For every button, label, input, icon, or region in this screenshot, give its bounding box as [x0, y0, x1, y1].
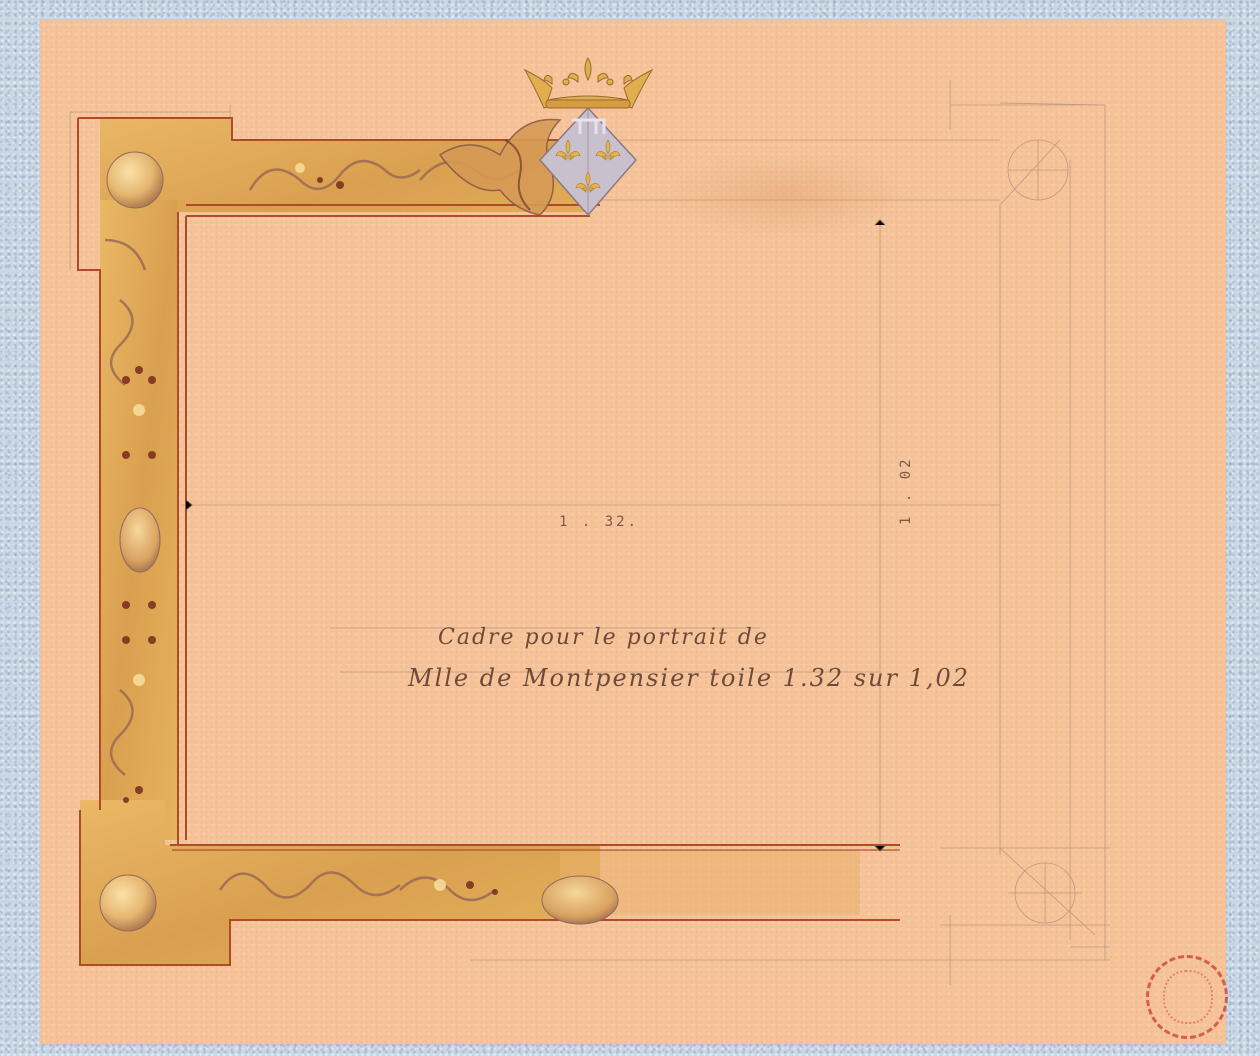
- caption-line-1: Cadre pour le portrait de: [438, 625, 769, 650]
- width-dimension-label: 1 . 32.: [559, 514, 639, 530]
- crown-icon: [525, 58, 652, 108]
- collection-stamp-icon: [1146, 955, 1228, 1039]
- ornamental-frame: [78, 118, 900, 965]
- drawing-paper: 1 . 32. 1 . 02 Cadre pour le portrait de…: [40, 20, 1226, 1044]
- frame-drawing: [40, 20, 1226, 1044]
- dimension-marks: [186, 220, 885, 851]
- stamp-inner-ring: [1163, 970, 1213, 1024]
- height-dimension-label: 1 . 02: [898, 456, 914, 525]
- caption-line-2: Mlle de Montpensier toile 1.32 sur 1,02: [408, 664, 970, 692]
